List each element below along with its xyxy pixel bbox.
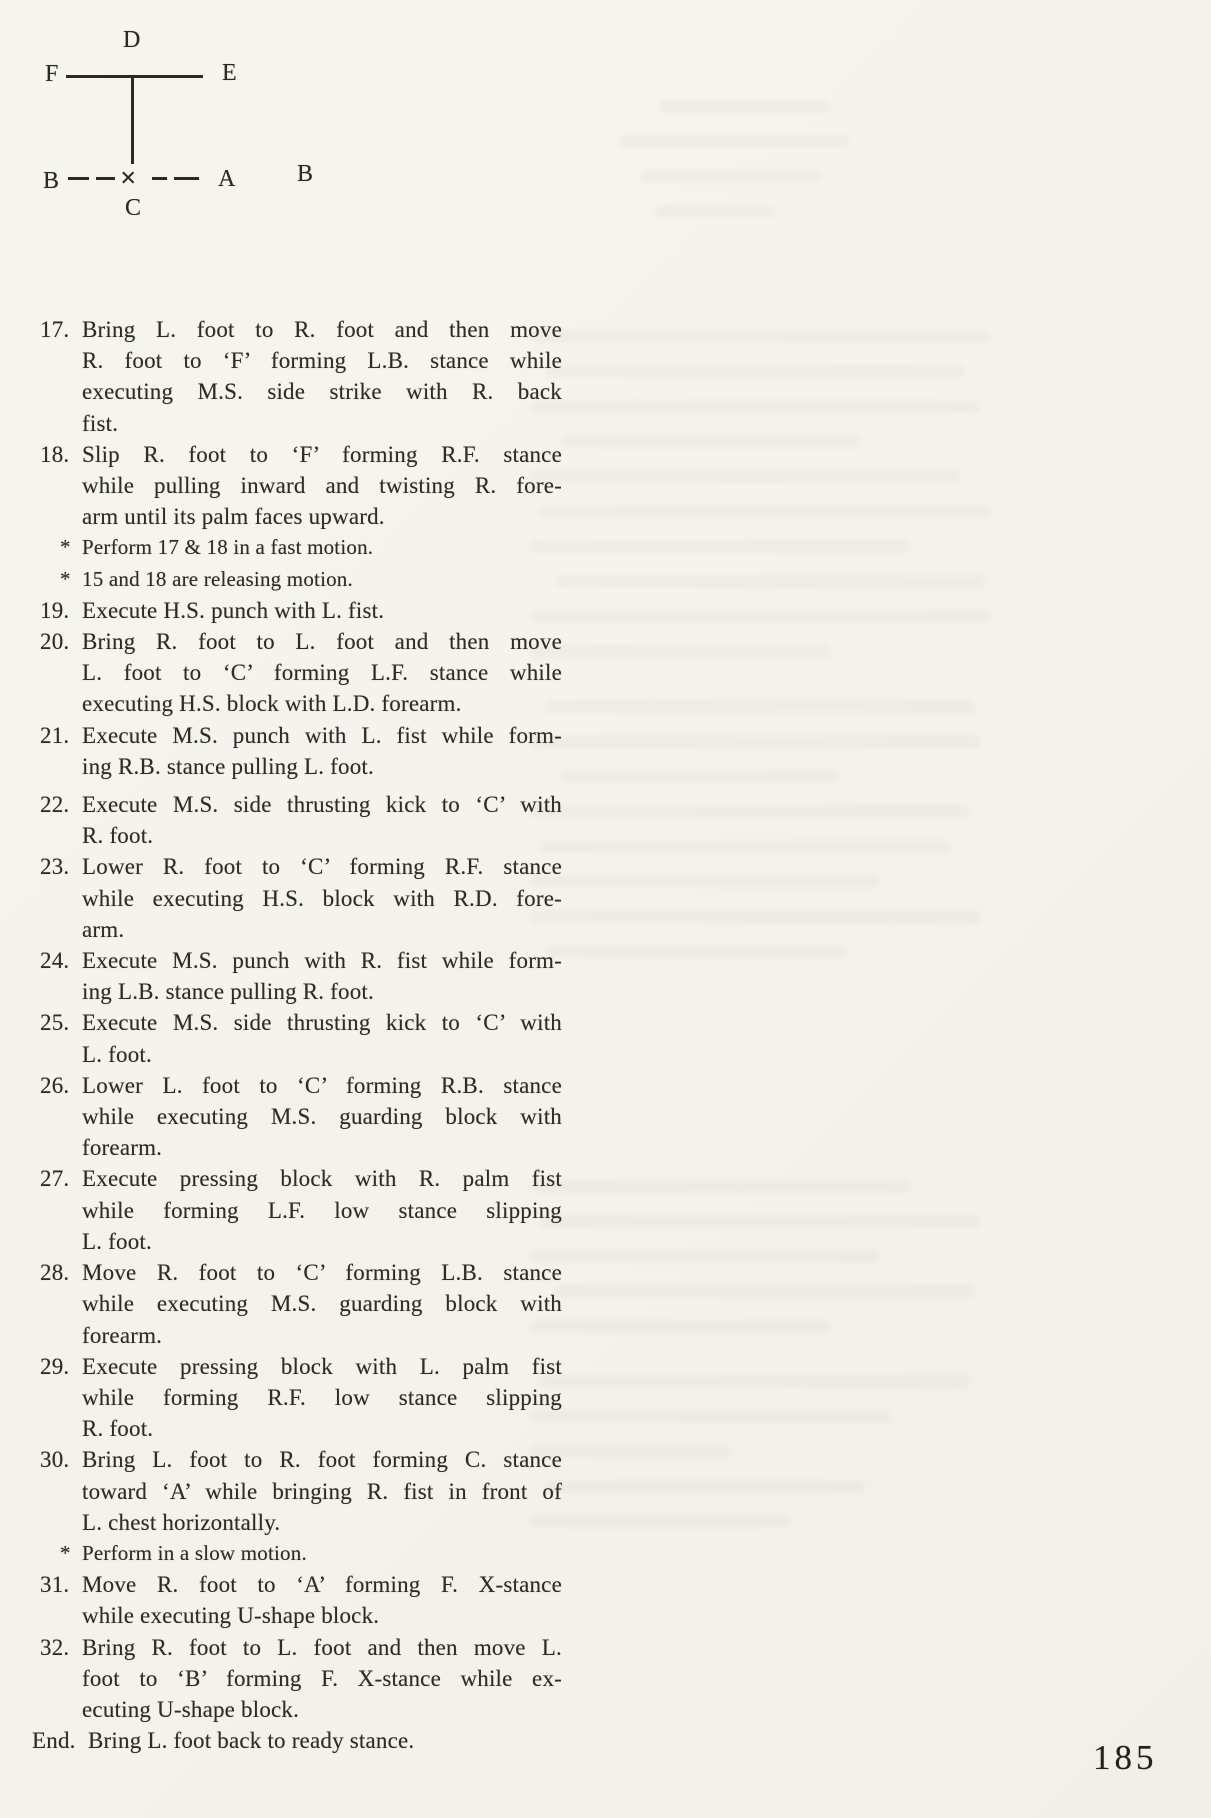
instruction-number: 20. [40, 626, 69, 657]
instruction-line: Perform in a slow motion. [82, 1538, 562, 1569]
instruction-line: executing H.S. block with L.D. forearm. [82, 688, 562, 719]
instruction-line: Bring R. foot to L. foot and then move [82, 626, 562, 657]
instruction-line: Move R. foot to ‘A’ forming F. X-stance [82, 1569, 562, 1600]
instruction-line: Execute M.S. punch with L. fist while fo… [82, 720, 562, 751]
instruction-number: 22. [40, 789, 69, 820]
instruction-line: Slip R. foot to ‘F’ forming R.F. stance [82, 439, 562, 470]
diagram-dash-left-1 [68, 177, 89, 180]
instruction-line: Execute H.S. punch with L. fist. [82, 595, 562, 626]
diagram-label-e: E [222, 61, 237, 85]
instruction-item: 22.Execute M.S. side thrusting kick to ‘… [40, 789, 562, 851]
instruction-line: Bring L. foot to R. foot forming C. stan… [82, 1444, 562, 1475]
instruction-line: Bring L. foot back to ready stance. [88, 1725, 568, 1756]
instruction-line: Execute M.S. side thrusting kick to ‘C’ … [82, 1007, 562, 1038]
instruction-line: Lower R. foot to ‘C’ forming R.F. stance [82, 851, 562, 882]
instruction-number: 25. [40, 1007, 69, 1038]
instruction-line: 15 and 18 are releasing motion. [82, 564, 562, 595]
instruction-line: foot to ‘B’ forming F. X-stance while ex… [82, 1663, 562, 1694]
instruction-line: Execute pressing block with L. palm fist [82, 1351, 562, 1382]
instruction-line: L. foot. [82, 1039, 562, 1070]
instruction-line: R. foot to ‘F’ forming L.B. stance while [82, 345, 562, 376]
instruction-line: L. foot to ‘C’ forming L.F. stance while [82, 657, 562, 688]
instruction-line: forearm. [82, 1132, 562, 1163]
instruction-number: 29. [40, 1351, 69, 1382]
instruction-line: Move R. foot to ‘C’ forming L.B. stance [82, 1257, 562, 1288]
instruction-note: *Perform 17 & 18 in a fast motion. [40, 532, 562, 563]
instruction-item: 20.Bring R. foot to L. foot and then mov… [40, 626, 562, 720]
diagram-label-c: C [125, 196, 141, 220]
instruction-item: 30.Bring L. foot to R. foot forming C. s… [40, 1444, 562, 1538]
instruction-line: while executing H.S. block with R.D. for… [82, 883, 562, 914]
diagram-dash-left-2 [96, 177, 115, 180]
instruction-item: 25.Execute M.S. side thrusting kick to ‘… [40, 1007, 562, 1069]
instruction-number: 17. [40, 314, 69, 345]
instruction-number: 24. [40, 945, 69, 976]
instruction-number: 30. [40, 1444, 69, 1475]
instruction-line: arm. [82, 914, 562, 945]
instruction-item: 28.Move R. foot to ‘C’ forming L.B. stan… [40, 1257, 562, 1351]
instruction-item: 29.Execute pressing block with L. palm f… [40, 1351, 562, 1445]
diagram-line-vertical [131, 77, 134, 164]
instruction-list: 17.Bring L. foot to R. foot and then mov… [40, 314, 565, 1756]
instruction-line: arm until its palm faces upward. [82, 501, 562, 532]
instruction-number: 27. [40, 1163, 69, 1194]
diagram-label-a: A [218, 167, 235, 191]
instruction-line: while forming R.F. low stance slipping [82, 1382, 562, 1413]
instruction-item: 32.Bring R. foot to L. foot and then mov… [40, 1632, 562, 1726]
instruction-number: * [60, 532, 71, 563]
instruction-line: R. foot. [82, 820, 562, 851]
instruction-line: ing R.B. stance pulling L. foot. [82, 751, 562, 782]
instruction-number: * [60, 1538, 71, 1569]
instruction-number: End. [32, 1725, 76, 1756]
instruction-note: *15 and 18 are releasing motion. [40, 564, 562, 595]
instruction-line: while executing U-shape block. [82, 1600, 562, 1631]
instruction-line: toward ‘A’ while bringing R. fist in fro… [82, 1476, 562, 1507]
instruction-line: while forming L.F. low stance slipping [82, 1195, 562, 1226]
instruction-item: 31.Move R. foot to ‘A’ forming F. X-stan… [40, 1569, 562, 1631]
instruction-line: L. foot. [82, 1226, 562, 1257]
instruction-item: 21.Execute M.S. punch with L. fist while… [40, 720, 562, 782]
instruction-line: forearm. [82, 1320, 562, 1351]
instruction-line: fist. [82, 408, 562, 439]
instruction-number: 31. [40, 1569, 69, 1600]
instruction-item: End.Bring L. foot back to ready stance. [32, 1725, 568, 1756]
instruction-item: 18.Slip R. foot to ‘F’ forming R.F. stan… [40, 439, 562, 533]
instruction-line: while pulling inward and twisting R. for… [82, 470, 562, 501]
instruction-number: 32. [40, 1632, 69, 1663]
instruction-item: 17.Bring L. foot to R. foot and then mov… [40, 314, 562, 439]
instruction-number: 26. [40, 1070, 69, 1101]
diagram-dash-right-1 [152, 177, 167, 180]
diagram-dash-right-2 [174, 177, 199, 180]
instruction-number: * [60, 564, 71, 595]
instruction-number: 23. [40, 851, 69, 882]
diagram-label-b-right: B [297, 162, 313, 186]
instruction-line: Execute M.S. punch with R. fist while fo… [82, 945, 562, 976]
instruction-item: 27.Execute pressing block with R. palm f… [40, 1163, 562, 1257]
instruction-line: ing L.B. stance pulling R. foot. [82, 976, 562, 1007]
instruction-line: ecuting U-shape block. [82, 1694, 562, 1725]
instruction-line: Perform 17 & 18 in a fast motion. [82, 532, 562, 563]
pattern-diagram: D F E B A C B × [0, 0, 360, 240]
instruction-line: Bring R. foot to L. foot and then move L… [82, 1632, 562, 1663]
instruction-line: while executing M.S. guarding block with [82, 1101, 562, 1132]
instruction-line: Bring L. foot to R. foot and then move [82, 314, 562, 345]
diagram-label-d: D [123, 28, 140, 52]
instruction-line: Execute pressing block with R. palm fist [82, 1163, 562, 1194]
instruction-line: executing M.S. side strike with R. back [82, 376, 562, 407]
diagram-label-f: F [45, 62, 58, 86]
instruction-item: 19.Execute H.S. punch with L. fist. [40, 595, 562, 626]
diagram-label-b-left: B [43, 169, 59, 193]
instruction-line: L. chest horizontally. [82, 1507, 562, 1538]
instruction-item: 24.Execute M.S. punch with R. fist while… [40, 945, 562, 1007]
diagram-x-mark: × [120, 164, 137, 193]
instruction-item: 26.Lower L. foot to ‘C’ forming R.B. sta… [40, 1070, 562, 1164]
page-number: 185 [1093, 1738, 1158, 1778]
instruction-item: 23.Lower R. foot to ‘C’ forming R.F. sta… [40, 851, 562, 945]
instruction-note: *Perform in a slow motion. [40, 1538, 562, 1569]
instruction-line: Lower L. foot to ‘C’ forming R.B. stance [82, 1070, 562, 1101]
instruction-line: R. foot. [82, 1413, 562, 1444]
instruction-line: Execute M.S. side thrusting kick to ‘C’ … [82, 789, 562, 820]
instruction-number: 21. [40, 720, 69, 751]
instruction-number: 19. [40, 595, 69, 626]
instruction-number: 18. [40, 439, 69, 470]
instruction-number: 28. [40, 1257, 69, 1288]
instruction-line: while executing M.S. guarding block with [82, 1288, 562, 1319]
diagram-line-horizontal [66, 75, 203, 78]
